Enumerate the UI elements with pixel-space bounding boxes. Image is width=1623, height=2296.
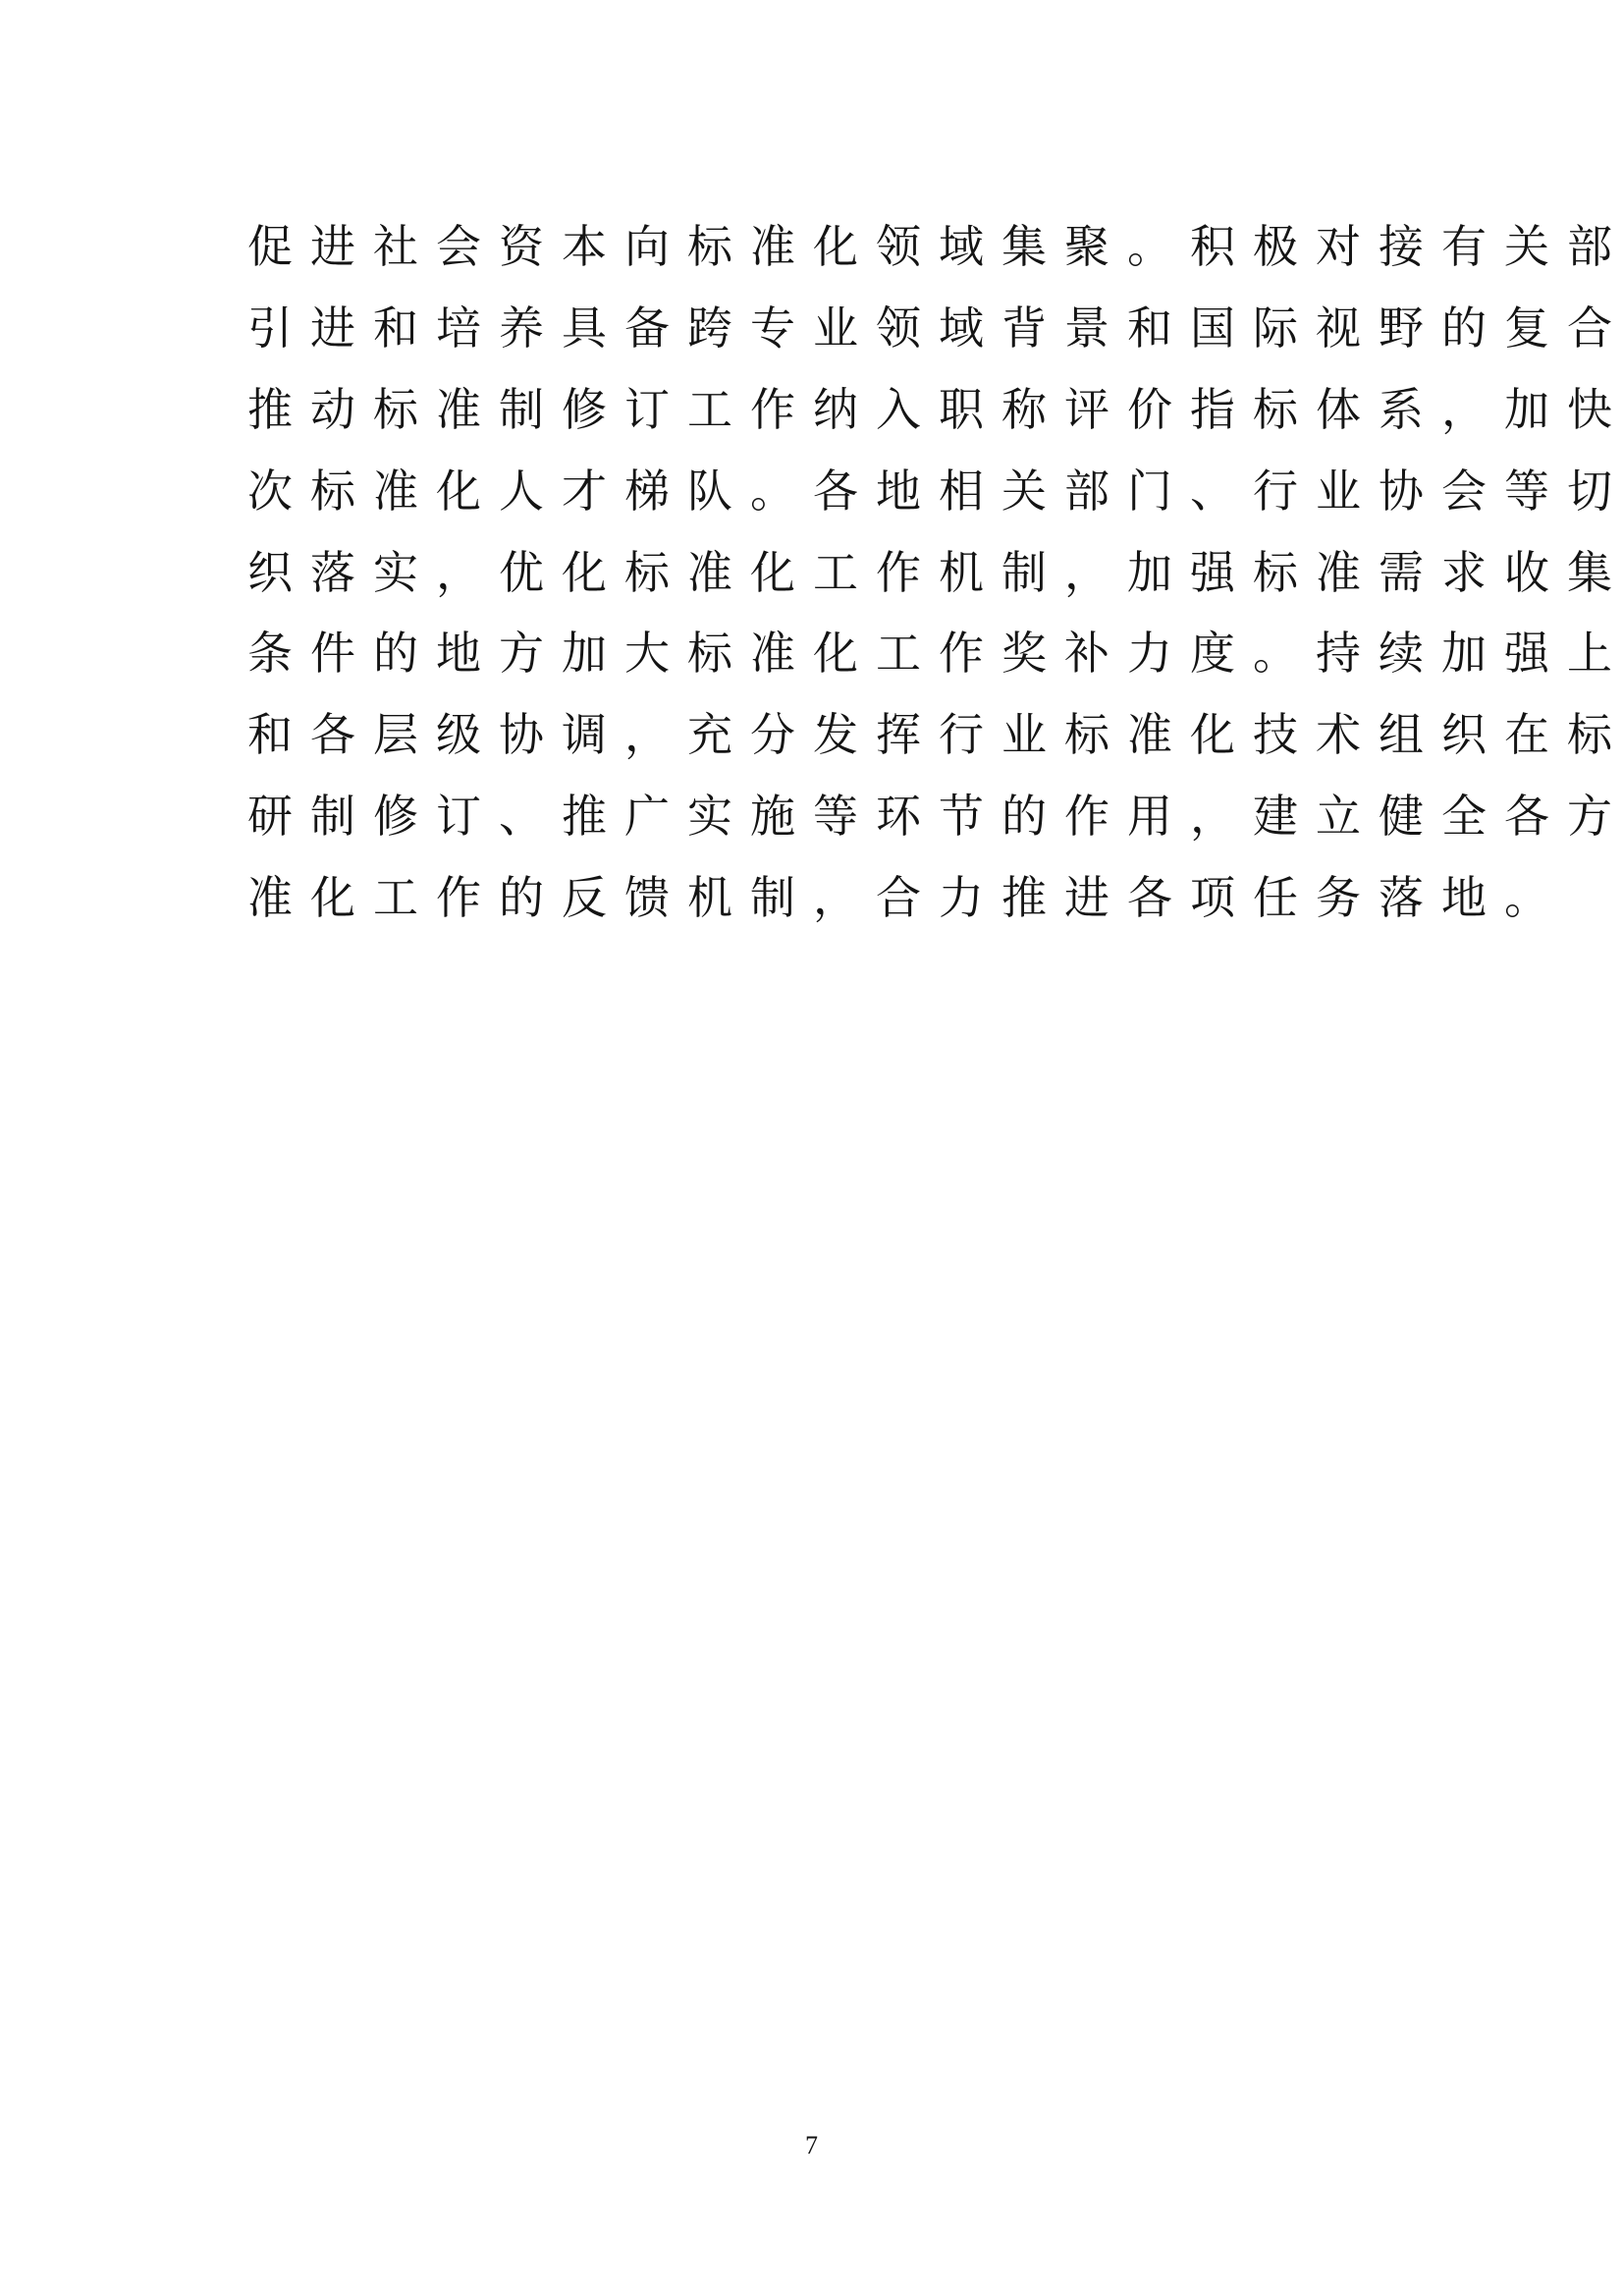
paragraph-line: 次标准化人才梯队。各地相关部门、行业协会等切实加强组 bbox=[247, 451, 1396, 532]
paragraph-line: 织落实，优化标准化工作机制，加强标准需求收集，鼓励有 bbox=[247, 532, 1396, 614]
paragraph-line: 和各层级协调，充分发挥行业标准化技术组织在标准初审、 bbox=[247, 694, 1396, 776]
paragraph-line: 引进和培养具备跨专业领域背景和国际视野的复合型人才， bbox=[247, 288, 1396, 369]
paragraph-line: 准化工作的反馈机制，合力推进各项任务落地。 bbox=[247, 857, 1396, 939]
paragraph-line: 条件的地方加大标准化工作奖补力度。持续加强上下游衔接 bbox=[247, 613, 1396, 694]
body-paragraph: 促进社会资本向标准化领域集聚。积极对接有关部门，支持 引进和培养具备跨专业领域背… bbox=[247, 206, 1396, 939]
paragraph-line: 推动标准制修订工作纳入职称评价指标体系，加快建设多层 bbox=[247, 369, 1396, 451]
paragraph-line: 研制修订、推广实施等环节的作用，建立健全各方对纺织标 bbox=[247, 776, 1396, 857]
paragraph-line: 促进社会资本向标准化领域集聚。积极对接有关部门，支持 bbox=[247, 206, 1396, 288]
page-number: 7 bbox=[0, 2131, 1623, 2160]
document-page: 促进社会资本向标准化领域集聚。积极对接有关部门，支持 引进和培养具备跨专业领域背… bbox=[0, 0, 1623, 2296]
